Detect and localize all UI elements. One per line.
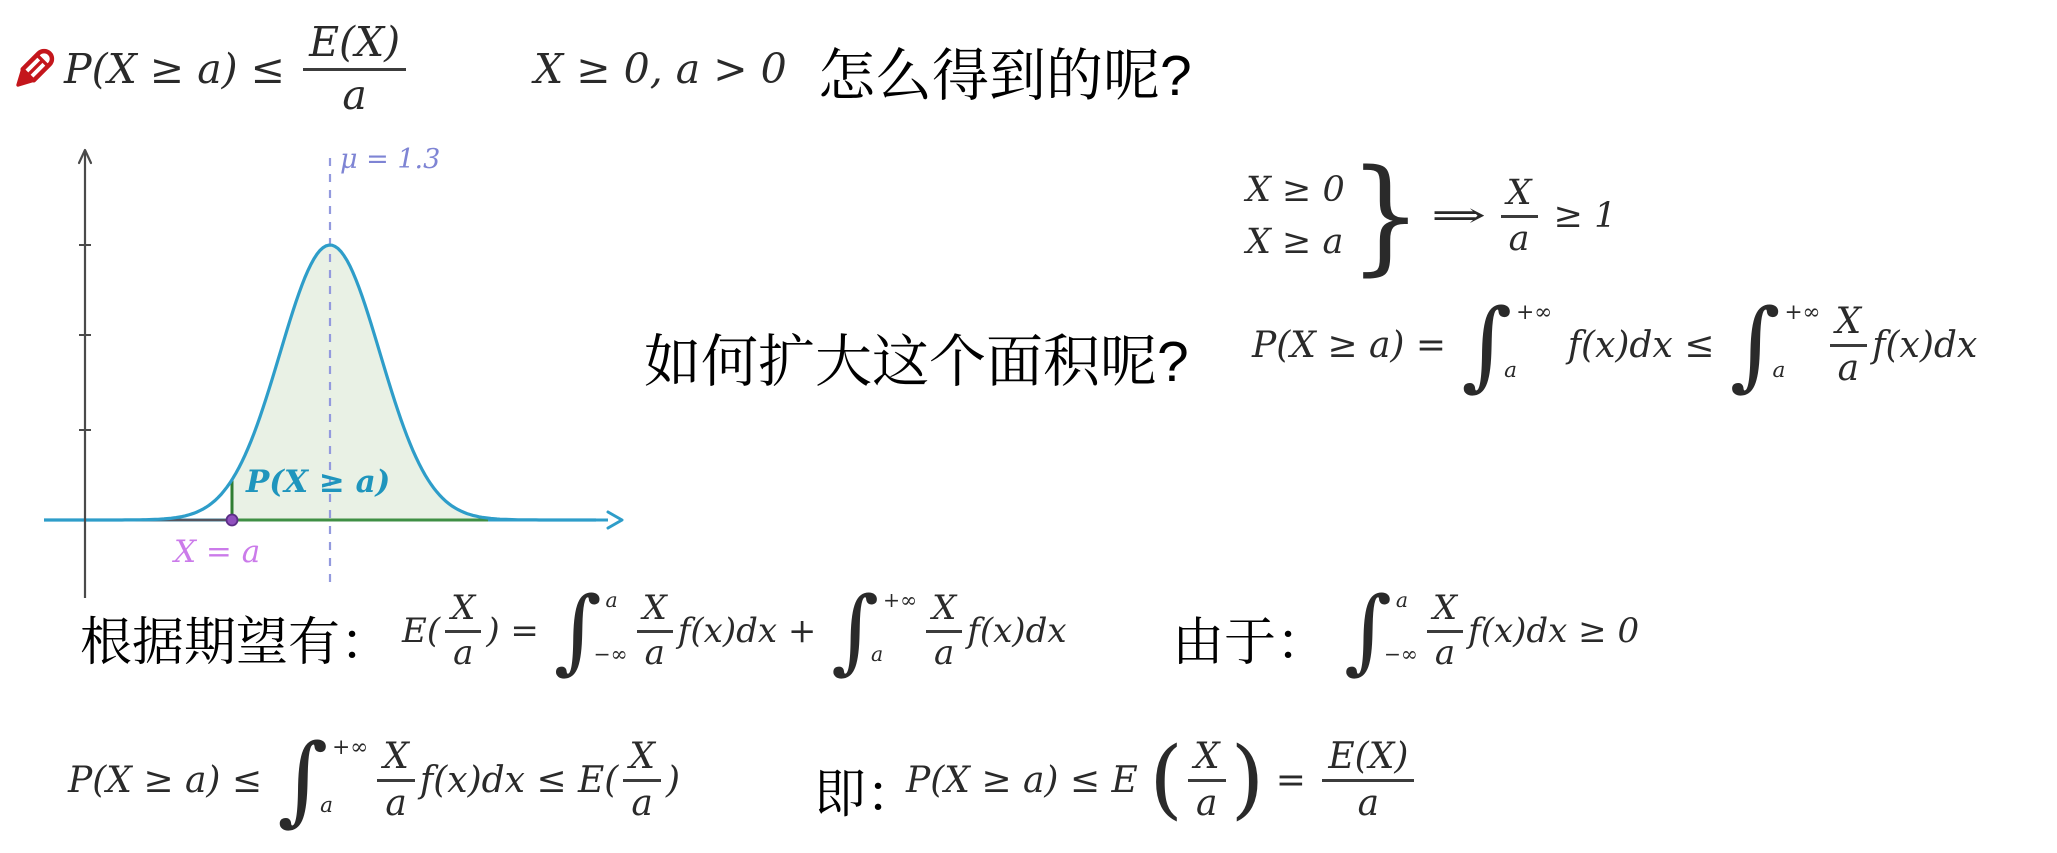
- markov-inequality-formula: P(X ≥ a) ≤ E(X)a: [64, 4, 411, 134]
- density-figure-svg: μ = 1.3 P(X ≥ a) X = a: [36, 136, 652, 614]
- nonnegative-integral-formula: ∫a−∞Xaf(x)dx ≥ 0: [1340, 570, 1639, 692]
- area-label: P(X ≥ a): [245, 464, 390, 500]
- annotation-slide: P(X ≥ a) ≤ E(X)a X ≥ 0, a > 0 怎么得到的呢?: [0, 0, 2057, 853]
- edit-pencil-icon: [6, 42, 60, 98]
- conclusion-formula: P(X ≥ a) ≤ E (Xa) = E(X)a: [906, 714, 1419, 846]
- condition-formula: X ≥ 0, a > 0: [534, 4, 787, 134]
- since-label: 由于：: [1172, 600, 1328, 675]
- x-equals-a-label: X = a: [172, 534, 260, 570]
- probability-integral-formula: P(X ≥ a) = ∫+∞a f(x)dx ≤ ∫+∞aXaf(x)dx: [1252, 282, 1977, 408]
- cases-implication-formula: X ≥ 0X ≥ a}⇒Xa ≥ 1: [1246, 156, 1616, 276]
- density-figure: μ = 1.3 P(X ≥ a) X = a: [36, 136, 652, 614]
- mu-label: μ = 1.3: [340, 144, 440, 175]
- x-axis-arrow: [608, 512, 622, 528]
- area-question: 如何扩大这个面积呢?: [644, 316, 1189, 398]
- expectation-decomposition-formula: E(Xa) = ∫a−∞Xaf(x)dx + ∫+∞aXaf(x)dx: [402, 570, 1067, 692]
- expectation-intro-label: 根据期望有：: [80, 600, 392, 675]
- header-question: 怎么得到的呢?: [818, 30, 1192, 112]
- pencil-icon-svg: [6, 42, 60, 98]
- point-marker: [227, 515, 238, 526]
- markov-bound-formula: P(X ≥ a) ≤ ∫+∞aXaf(x)dx ≤ E(Xa): [68, 714, 680, 846]
- thus-label: 即：: [814, 752, 918, 827]
